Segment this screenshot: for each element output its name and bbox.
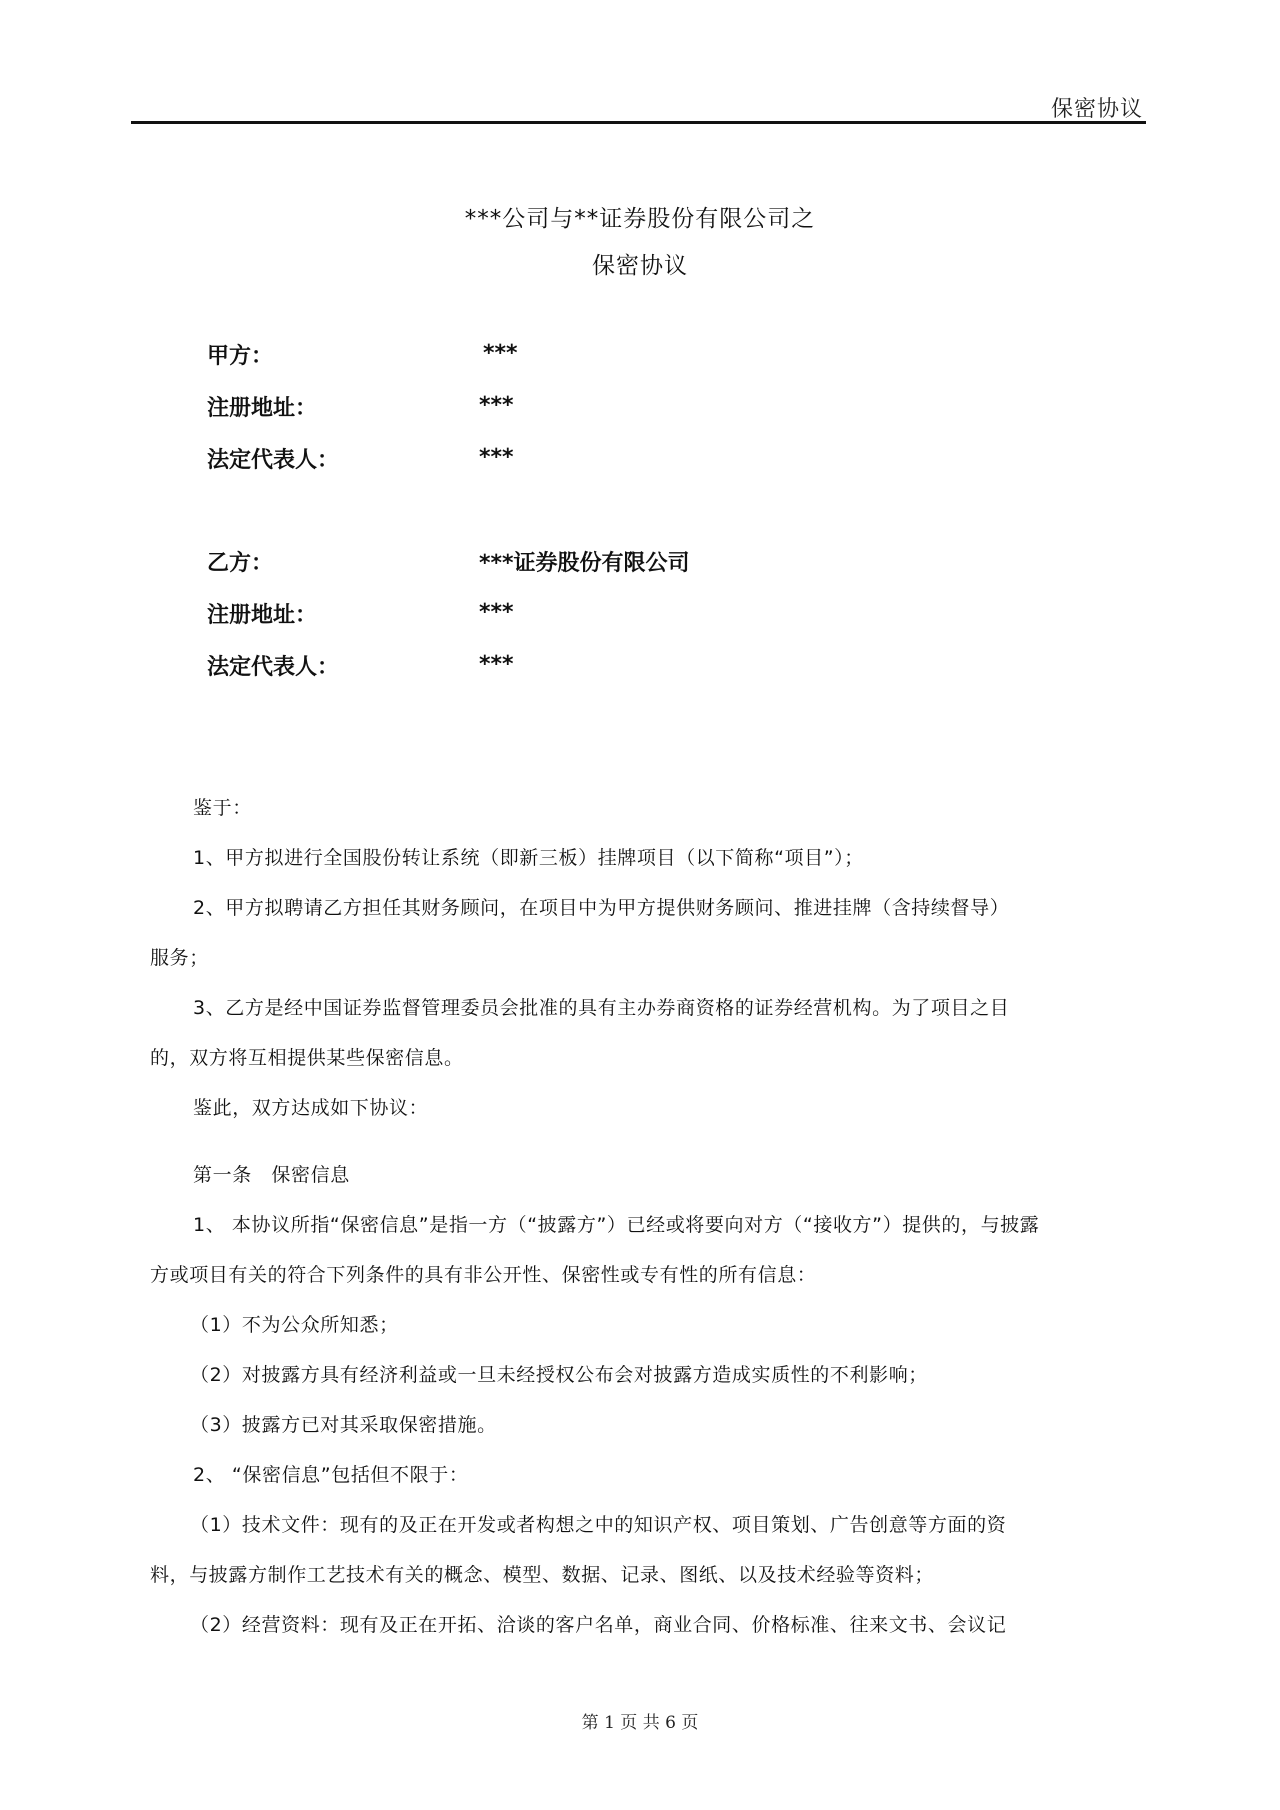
document-title-line2: 保密协议 (0, 247, 1280, 280)
item-1-line2: 料，与披露方制作工艺技术有关的概念、模型、数据、记录、图纸、以及技术经验等资料； (150, 1560, 934, 1587)
party-a-name-value: *** (483, 341, 518, 366)
party-b-address-row: 注册地址： *** (207, 598, 317, 629)
header-divider (131, 121, 1146, 124)
party-a-address-row: 注册地址： *** (207, 391, 317, 422)
party-a-address-value: *** (479, 393, 514, 418)
party-b-name-row: 乙方： ***证券股份有限公司 (207, 546, 273, 577)
header-title: 保密协议 (1051, 92, 1143, 123)
party-b-name-label: 乙方： (207, 551, 273, 576)
recital-1: 1、甲方拟进行全国股份转让系统（即新三板）挂牌项目（以下简称“项目”）； (193, 843, 864, 870)
page-number-footer: 第 1 页 共 6 页 (0, 1708, 1280, 1733)
whereas-heading: 鉴于： (193, 793, 252, 820)
agreement-intro: 鉴此，双方达成如下协议： (193, 1093, 428, 1120)
item-1-line1: （1）技术文件：现有的及正在开发或者构想之中的知识产权、项目策划、广告创意等方面… (190, 1510, 1006, 1537)
article-1-clause-2: 2、 “保密信息”包括但不限于： (193, 1460, 468, 1487)
recital-3-line2: 的，双方将互相提供某些保密信息。 (150, 1043, 464, 1070)
party-a-name-label: 甲方： (207, 344, 273, 369)
party-a-rep-label: 法定代表人： (207, 448, 339, 473)
article-1-clause-1-line2: 方或项目有关的符合下列条件的具有非公开性、保密性或专有性的所有信息： (150, 1260, 816, 1287)
recital-3-line1: 3、乙方是经中国证券监督管理委员会批准的具有主办券商资格的证券经营机构。为了项目… (193, 993, 1009, 1020)
article-1-heading: 第一条 保密信息 (193, 1160, 350, 1187)
party-a-address-label: 注册地址： (207, 396, 317, 421)
party-a-name-row: 甲方： *** (207, 339, 273, 370)
party-b-rep-value: *** (479, 652, 514, 677)
party-b-rep-row: 法定代表人： *** (207, 650, 339, 681)
condition-3: （3）披露方已对其采取保密措施。 (190, 1410, 497, 1437)
party-a-rep-row: 法定代表人： *** (207, 443, 339, 474)
party-b-name-value: ***证券股份有限公司 (479, 546, 690, 577)
document-title-line1: ***公司与**证券股份有限公司之 (0, 200, 1280, 233)
party-b-address-label: 注册地址： (207, 603, 317, 628)
party-b-address-value: *** (479, 600, 514, 625)
condition-1: （1）不为公众所知悉； (190, 1310, 399, 1337)
party-a-rep-value: *** (479, 445, 514, 470)
recital-2-line2: 服务； (150, 943, 209, 970)
party-b-rep-label: 法定代表人： (207, 655, 339, 680)
condition-2: （2）对披露方具有经济利益或一旦未经授权公布会对披露方造成实质性的不利影响； (190, 1360, 928, 1387)
item-2-line1: （2）经营资料：现有及正在开拓、洽谈的客户名单，商业合同、价格标准、往来文书、会… (190, 1610, 1006, 1637)
recital-2-line1: 2、甲方拟聘请乙方担任其财务顾问，在项目中为甲方提供财务顾问、推进挂牌（含持续督… (193, 893, 1009, 920)
article-1-clause-1-line1: 1、 本协议所指“保密信息”是指一方（“披露方”）已经或将要向对方（“接收方”）… (193, 1210, 1039, 1237)
